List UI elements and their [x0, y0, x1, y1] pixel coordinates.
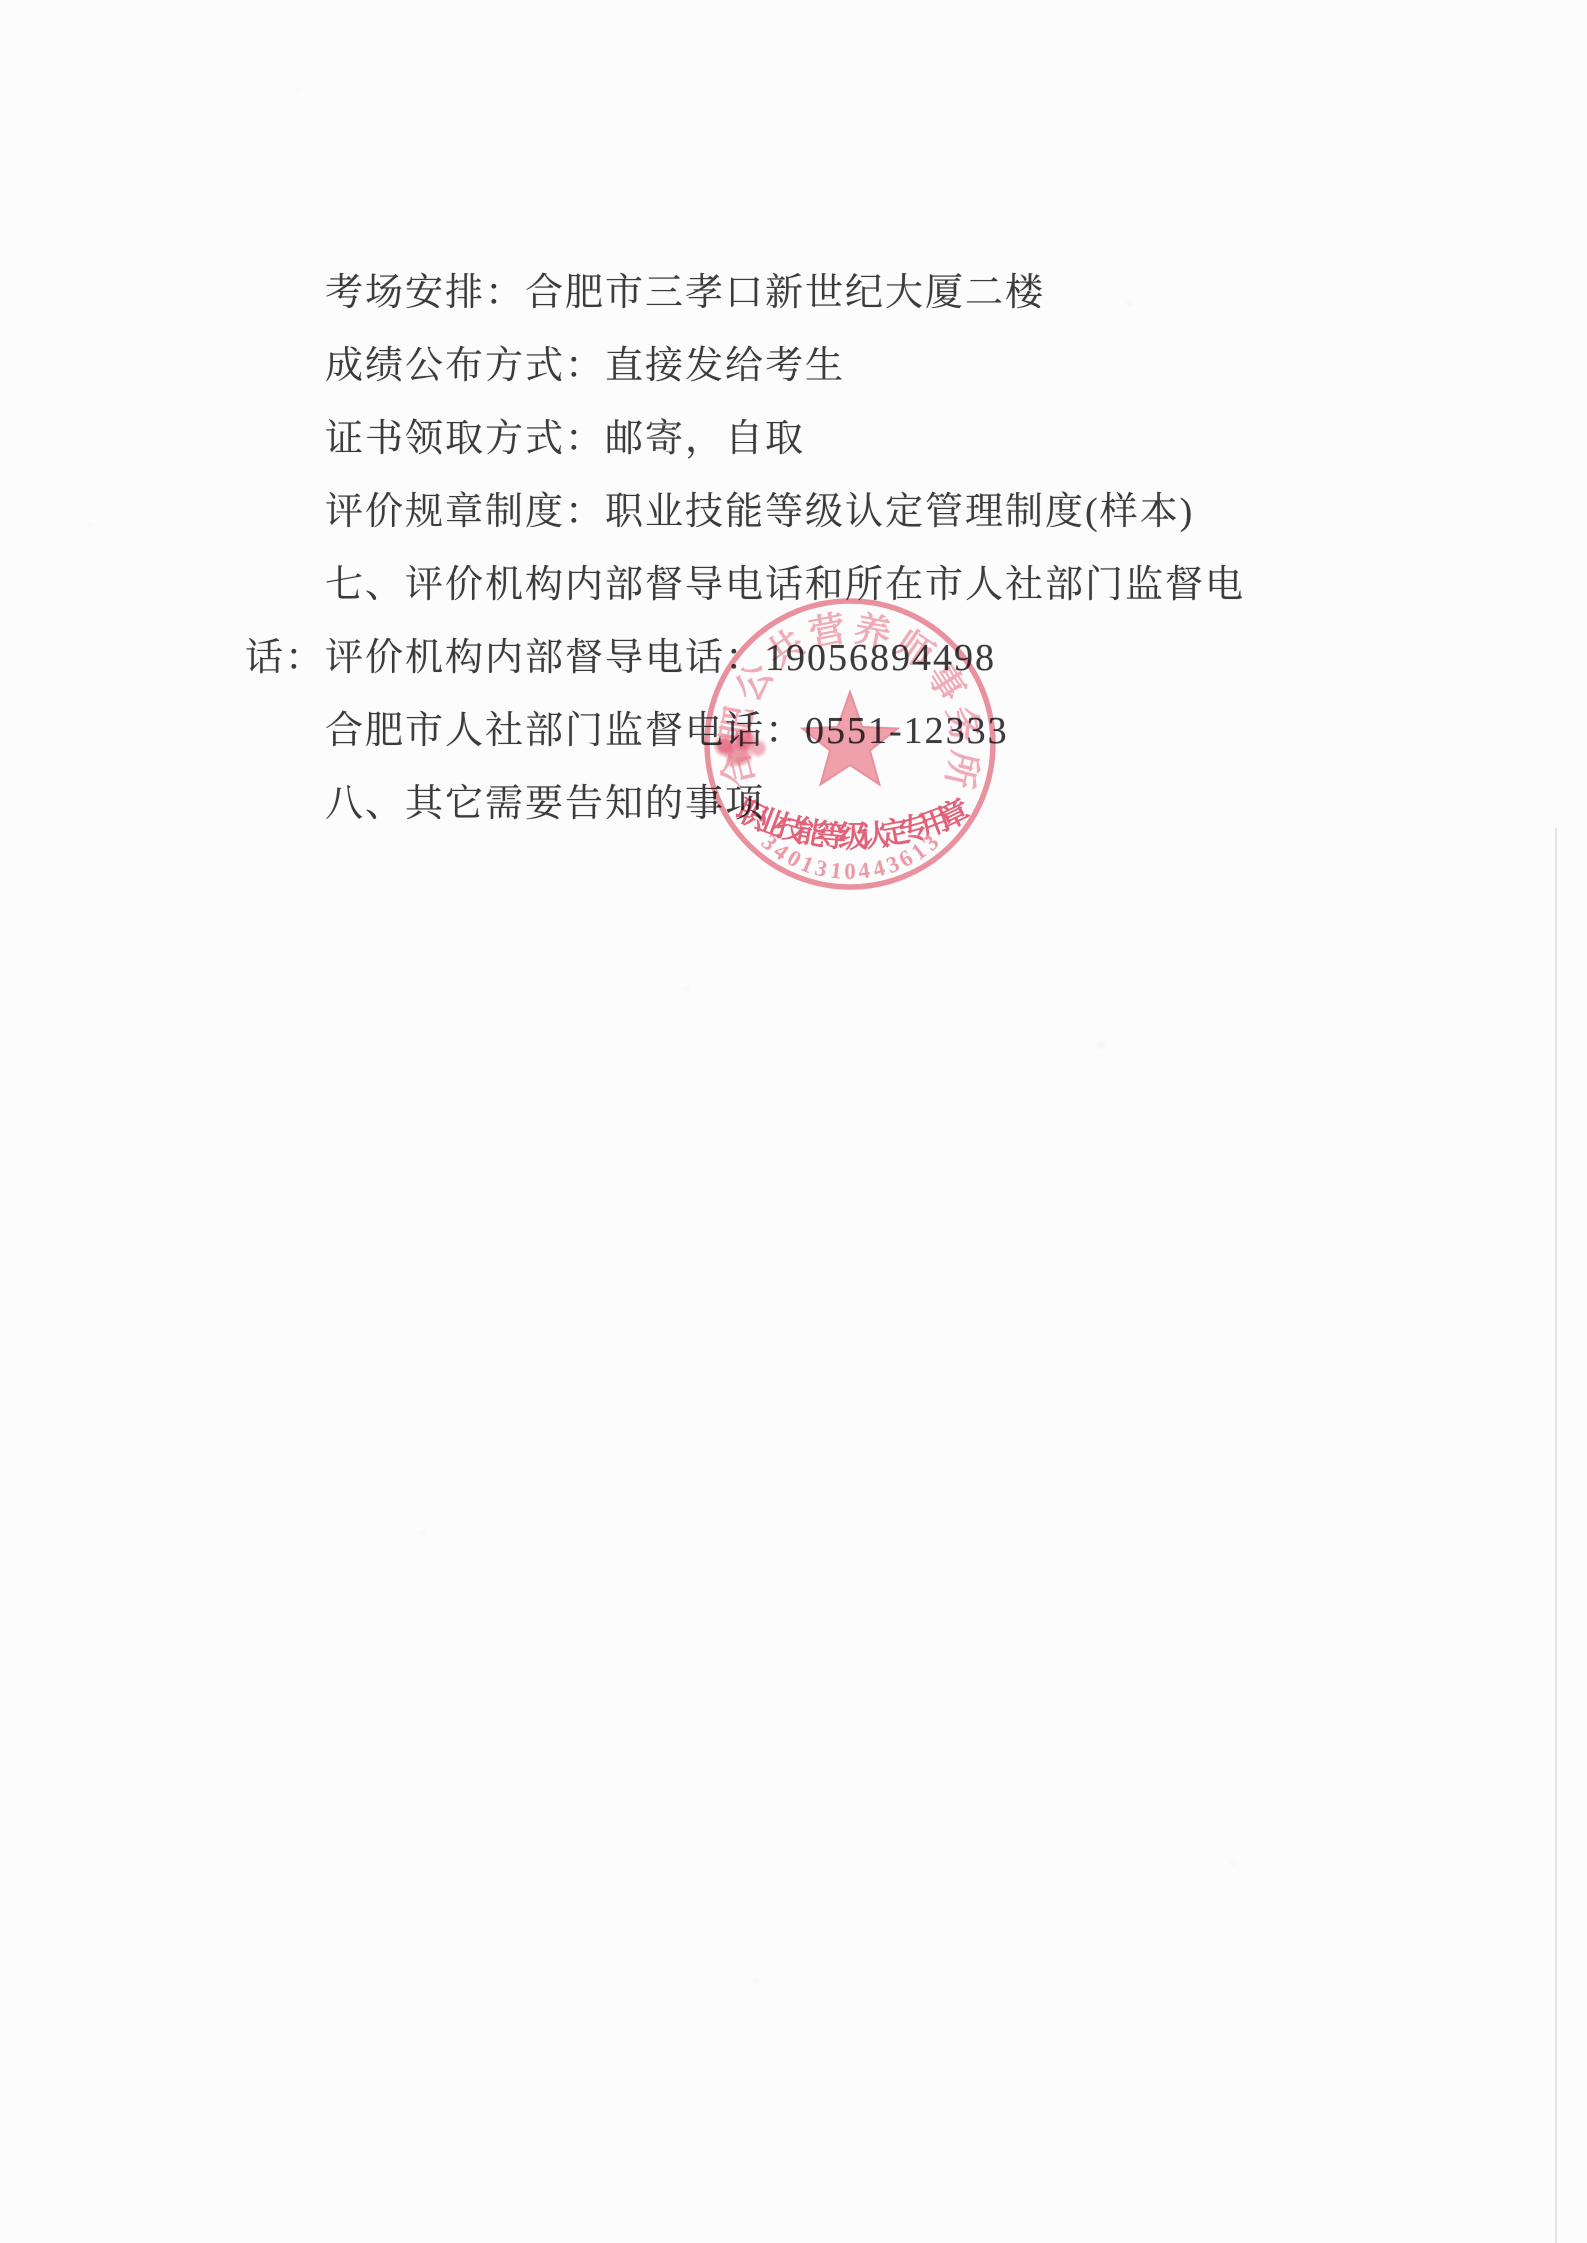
scan-speckle	[684, 986, 690, 992]
document-line: 评价规章制度：职业技能等级认定管理制度(样本)	[325, 480, 1194, 535]
seal-arc-char: 1	[828, 858, 843, 885]
scan-speckle	[753, 1978, 759, 1984]
scan-speckle	[1127, 301, 1132, 306]
document-line: 证书领取方式：邮寄，自取	[325, 407, 805, 462]
document-line: 成绩公布方式：直接发给考生	[325, 334, 845, 389]
scan-speckle	[1230, 1860, 1236, 1866]
scan-edge-line	[1555, 828, 1557, 2243]
scanned-document-page: 考场安排：合肥市三孝口新世纪大厦二楼成绩公布方式：直接发给考生证书领取方式：邮寄…	[0, 0, 1587, 2243]
seal-arc-char: 4	[857, 858, 872, 885]
official-seal-stamp: 合肥公共营养师事务所 职业技能等级认定专用章 3401310443613	[702, 596, 998, 892]
document-line: 考场安排：合肥市三孝口新世纪大厦二楼	[325, 261, 1045, 316]
seal-arc-char: 0	[844, 859, 856, 885]
scan-speckle	[420, 1530, 427, 1536]
scan-speckle	[296, 88, 300, 92]
document-line: 八、其它需要告知的事项	[325, 772, 765, 827]
scan-speckle	[1097, 1042, 1105, 1049]
scan-speckle	[88, 523, 92, 527]
